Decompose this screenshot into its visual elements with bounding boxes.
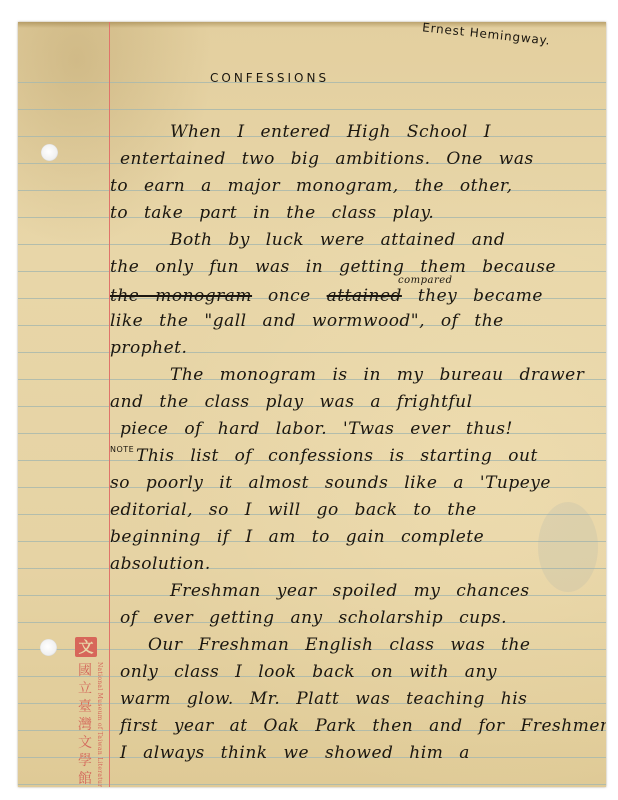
text-line: beginning if I am to gain complete	[110, 529, 484, 546]
struck-text: the monogram	[110, 286, 252, 306]
text-line: only class I look back on with any	[120, 664, 497, 681]
page-title: CONFESSIONS	[210, 72, 329, 84]
text-line: absolution.	[110, 556, 211, 573]
rule-line	[18, 568, 606, 569]
museum-name-chinese: 國立臺灣文學館	[76, 662, 94, 787]
text-line: so poorly it almost sounds like a 'Tupey…	[110, 475, 551, 492]
manuscript-page: Ernest Hemingway. CONFESSIONS When I ent…	[18, 22, 606, 787]
text-line: warm glow. Mr. Platt was teaching his	[120, 691, 527, 708]
text-line: piece of hard labor. 'Twas ever thus!	[120, 421, 513, 438]
text-line: of ever getting any scholarship cups.	[120, 610, 507, 627]
struck-text: attained	[327, 286, 402, 306]
signature: Ernest Hemingway.	[422, 22, 551, 47]
text-line: to take part in the class play.	[110, 205, 434, 222]
text-line: This list of confessions is starting out	[136, 448, 538, 465]
text-line: entertained two big ambitions. One was	[120, 151, 534, 168]
text-line: The monogram is in my bureau drawer	[170, 367, 584, 384]
text-line: to earn a major monogram, the other,	[110, 178, 513, 195]
text-line: Our Freshman English class was the	[148, 637, 530, 654]
text-line: the only fun was in getting them because	[110, 259, 556, 276]
text-line: prophet.	[110, 340, 187, 357]
text-fragment: they became	[418, 286, 543, 306]
museum-seal-icon: 文	[75, 637, 97, 657]
interlinear-correction: compared	[398, 276, 453, 286]
rule-line	[18, 109, 606, 110]
text-line-struck: the monogram once attained they became	[110, 288, 543, 305]
punch-hole-top	[41, 144, 58, 161]
museum-name-english: National Museum of Taiwan Literature	[96, 662, 103, 787]
text-line: and the class play was a frightful	[110, 394, 473, 411]
text-line: When I entered High School I	[170, 124, 491, 141]
text-line: first year at Oak Park then and for Fres…	[120, 718, 606, 735]
text-line: I always think we showed him a	[120, 745, 470, 762]
rule-line	[18, 352, 606, 353]
text-line: Freshman year spoiled my chances	[170, 583, 530, 600]
water-stain	[538, 502, 598, 592]
margin-note: NOTE	[110, 446, 134, 454]
punch-hole-bottom	[40, 639, 57, 656]
text-fragment: once	[268, 286, 327, 306]
text-line: like the "gall and wormwood", of the	[110, 313, 504, 330]
text-line: editorial, so I will go back to the	[110, 502, 477, 519]
text-line: Both by luck were attained and	[170, 232, 505, 249]
rule-line	[18, 784, 606, 785]
